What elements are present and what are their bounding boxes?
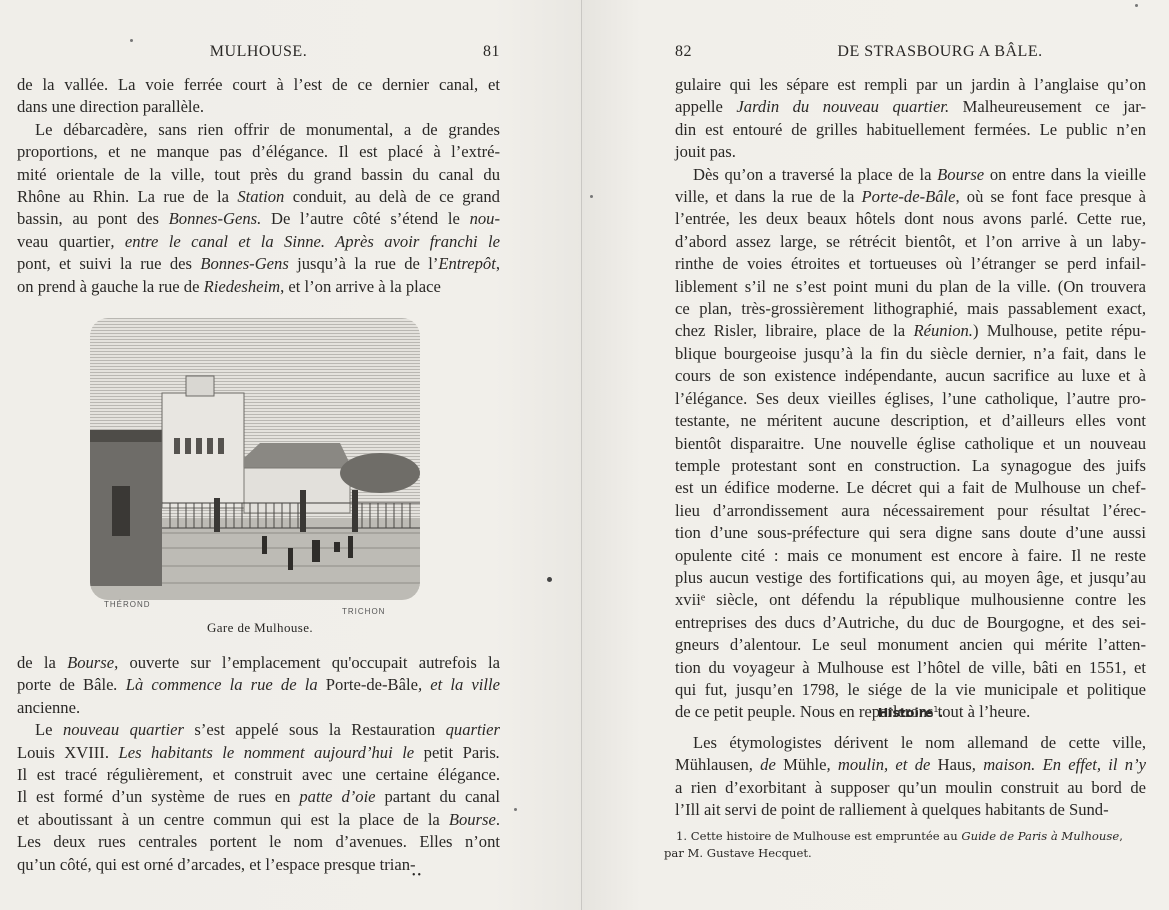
italic-term: Riedesheim — [204, 277, 281, 296]
text-run: opulente cité : mais ce monument est enc… — [675, 546, 1146, 565]
footnote-line-2: par M. Gustave Hecquet. — [664, 845, 1156, 862]
text-run: d’abord assez large, se rétrécit bientôt… — [675, 232, 1146, 251]
text-line: Dès qu’on a traversé la place de la Bour… — [675, 164, 1146, 186]
text-line: d’abord assez large, se rétrécit bientôt… — [675, 231, 1146, 253]
text-line: xviiᵉ siècle, ont défendu la république … — [675, 589, 1146, 611]
text-run: s’est appelé sous la Restauration — [184, 720, 446, 739]
text-run: plus aucun vestige des fortifications qu… — [675, 568, 1146, 587]
text-line: Le débarcadère, sans rien offrir de monu… — [17, 119, 500, 141]
text-run: on entre dans la vieille — [984, 165, 1146, 184]
italic-term: Les habitants le nomment aujourd’hui le — [109, 743, 424, 762]
paper-speck — [547, 577, 552, 582]
italic-term: . — [496, 743, 500, 762]
text-run: entreprises des ducs d’Autriche, du duc … — [675, 613, 1146, 632]
text-run: bassin, au pont des — [17, 209, 169, 228]
text-line: Louis XVIII. Les habitants le nomment au… — [17, 742, 500, 764]
text-line: est un édifice moderne. Le décret qui a … — [675, 477, 1146, 499]
italic-term: , entre le canal et la Sinne. Après avoi… — [110, 232, 500, 251]
italic-term: patte d’oie — [299, 787, 375, 806]
text-run: pont, et suivi la rue des — [17, 254, 200, 273]
text-line: proportions, et ne manque pas d’élégance… — [17, 141, 500, 163]
text-run: Haus — [938, 755, 972, 774]
text-line: din est entouré de grilles habituellemen… — [675, 119, 1146, 141]
text-run: appelle — [675, 97, 736, 116]
text-line: pont, et suivi la rue des Bonnes-Gens ju… — [17, 253, 500, 275]
paper-speck — [514, 808, 517, 811]
text-line: chez Risler, libraire, place de la Réuni… — [675, 320, 1146, 342]
italic-term: Bonnes-Gens — [200, 254, 288, 273]
text-line: ville, et dans la rue de la Porte-de-Bâl… — [675, 186, 1146, 208]
footnote-number: 1. — [676, 829, 687, 843]
text-line: a rien d’exorbitant à supposer qu’un mou… — [675, 777, 1146, 799]
text-line: entreprises des ducs d’Autriche, du duc … — [675, 612, 1146, 634]
left-running-head: MULHOUSE. 81 — [17, 43, 500, 65]
text-line: l’élégance. Ses deux vieilles églises, l… — [675, 388, 1146, 410]
italic-term: quartier — [446, 720, 500, 739]
left-page-number: 81 — [483, 43, 500, 61]
right-body-text-histoire: Les étymologistes dérivent le nom allema… — [675, 732, 1146, 822]
italic-term: nouveau quartier — [63, 720, 184, 739]
text-line: mité orientale de la ville, tout près du… — [17, 164, 500, 186]
text-run: jusqu’à la rue de l’ — [289, 254, 439, 273]
text-run: gneurs d’alentour. Le seul monument anci… — [675, 635, 1146, 654]
text-run: tion du voyageur à Mulhouse est l’hôtel … — [675, 658, 1146, 677]
text-run: Rhône au Rhin. La rue de la — [17, 187, 237, 206]
book-spread: MULHOUSE. 81 de la vallée. La voie ferré… — [0, 0, 1169, 910]
text-line: l’Ill ait servi de point de ralliement à… — [675, 799, 1146, 821]
left-running-title: MULHOUSE. — [17, 43, 500, 61]
figure-caption: Gare de Mulhouse. — [0, 620, 520, 636]
italic-term: , moulin, et de — [826, 755, 937, 774]
italic-term: Station — [237, 187, 284, 206]
section-heading-text: Histoire — [878, 705, 934, 720]
engraver-credit-left: THÉROND — [104, 600, 151, 609]
text-run: qui fut, jusqu’en 1798, le siége de la v… — [675, 680, 1146, 699]
text-run: . — [496, 810, 500, 829]
text-run: chez Risler, libraire, place de la — [675, 321, 913, 340]
italic-term: Réunion. — [913, 321, 972, 340]
text-line: qui fut, jusqu’en 1798, le siége de la v… — [675, 679, 1146, 701]
text-line: Les deux rues centrales portent le nom d… — [17, 831, 500, 853]
italic-term: Bourse — [67, 653, 114, 672]
left-body-text-bottom: de la Bourse, ouverte sur l’emplacement … — [17, 652, 500, 876]
text-line: tion du voyageur à Mulhouse est l’hôtel … — [675, 657, 1146, 679]
text-line: blique bourgeoise jusqu’à la fin du sièc… — [675, 343, 1146, 365]
text-line: veau quartier, entre le canal et la Sinn… — [17, 231, 500, 253]
text-run: xviiᵉ siècle, ont défendu la république … — [675, 590, 1146, 609]
text-line: Mühlausen, de Mühle, moulin, et de Haus,… — [675, 754, 1146, 776]
text-run: l’entrée, les deux beaux hôtels dont nou… — [675, 209, 1146, 228]
italic-term: Bourse — [449, 810, 496, 829]
paper-speck — [1135, 4, 1138, 7]
footnote-line-1: 1. Cette histoire de Mulhouse est emprun… — [664, 828, 1156, 845]
engraver-credit-right: TRICHON — [342, 607, 385, 616]
text-run: testante, ne méritent aucune description… — [675, 411, 1146, 430]
text-line: plus aucun vestige des fortifications qu… — [675, 567, 1146, 589]
footnote-text: Cette histoire de Mulhouse est empruntée… — [691, 829, 962, 843]
text-run: gulaire qui les sépare est rempli par un… — [675, 75, 1146, 94]
text-run: Il est tracé régulièrement, et construit… — [17, 765, 500, 784]
text-run: on prend à gauche la rue de — [17, 277, 204, 296]
text-line: on prend à gauche la rue de Riedesheim, … — [17, 276, 500, 298]
text-line: gneurs d’alentour. Le seul monument anci… — [675, 634, 1146, 656]
text-run: est un édifice moderne. Le décret qui a … — [675, 478, 1146, 497]
text-run: lieu d’arrondissement aura nécessairemen… — [675, 501, 1146, 520]
text-run: , ouverte sur l’emplacement qu'occupait … — [114, 653, 500, 672]
text-run: Louis XVIII. — [17, 743, 109, 762]
text-run: rinthe de voies étroites et tortueuses o… — [675, 254, 1146, 273]
text-run: tion d’une sous-préfecture qui sera dign… — [675, 523, 1146, 542]
italic-term: , de — [749, 755, 783, 774]
text-line: de la Bourse, ouverte sur l’emplacement … — [17, 652, 500, 674]
text-line: appelle Jardin du nouveau quartier. Malh… — [675, 96, 1146, 118]
text-run: ce plan, très-grossièrement lithographié… — [675, 299, 1146, 318]
footnote-punct: , — [1119, 829, 1123, 843]
text-line: porte de Bâle. Là commence la rue de la … — [17, 674, 500, 696]
text-run: temple protestant sont en construction. … — [675, 456, 1146, 475]
text-run: Il est formé d’un système de rues en — [17, 787, 299, 806]
text-line: liblement s’il ne s’est point muni du pl… — [675, 276, 1146, 298]
text-line: qu’un côté, qui est orné d’arcades, et l… — [17, 854, 500, 876]
text-run: Porte-de-Bâle — [326, 675, 418, 694]
text-line: l’entrée, les deux beaux hôtels dont nou… — [675, 208, 1146, 230]
text-run: qu’un côté, qui est orné d’arcades, et l… — [17, 855, 416, 874]
text-line: tion d’une sous-préfecture qui sera dign… — [675, 522, 1146, 544]
right-running-head: 82 DE STRASBOURG A BÂLE. — [675, 43, 1145, 65]
italic-term: , et la ville — [418, 675, 500, 694]
text-run: , — [496, 254, 500, 273]
right-page-number: 82 — [675, 43, 692, 61]
text-line: cours de son existence indépendante, auc… — [675, 365, 1146, 387]
text-run: l’élégance. Ses deux vieilles églises, l… — [675, 389, 1146, 408]
text-run: , et l’on arrive à la place — [280, 277, 441, 296]
text-line: de la vallée. La voie ferrée court à l’e… — [17, 74, 500, 96]
text-run: liblement s’il ne s’est point muni du pl… — [675, 277, 1146, 296]
text-line: Il est formé d’un système de rues en pat… — [17, 786, 500, 808]
italic-term: Porte-de-Bâle — [862, 187, 956, 206]
left-page: MULHOUSE. 81 de la vallée. La voie ferré… — [0, 0, 582, 910]
text-run: De l’autre côté s’étend le — [261, 209, 469, 228]
text-run: veau quartier — [17, 232, 110, 251]
text-run: ) Mulhouse, petite répu- — [973, 321, 1146, 340]
italic-term: , maison. En effet, il n’y — [972, 755, 1146, 774]
text-run: Le — [35, 720, 63, 739]
text-line: et aboutissant à un centre commun qui es… — [17, 809, 500, 831]
text-run: Le débarcadère, sans rien offrir de monu… — [35, 120, 500, 139]
text-run: partant du canal — [376, 787, 500, 806]
text-run: mité orientale de la ville, tout près du… — [17, 165, 500, 184]
italic-term: . Là commence la rue de la — [113, 675, 325, 694]
text-line: rinthe de voies étroites et tortueuses o… — [675, 253, 1146, 275]
italic-term: nou- — [470, 209, 500, 228]
text-run: ville, et dans la rue de la — [675, 187, 862, 206]
text-run: Dès qu’on a traversé la place de la — [693, 165, 937, 184]
text-run: petit Paris — [424, 743, 496, 762]
text-run: de la vallée. La voie ferrée court à l’e… — [17, 75, 500, 94]
text-line: temple protestant sont en construction. … — [675, 455, 1146, 477]
text-run: , où se font face presque à — [956, 187, 1146, 206]
text-line: lieu d’arrondissement aura nécessairemen… — [675, 500, 1146, 522]
italic-term: Bonnes-Gens. — [169, 209, 262, 228]
text-run: blique bourgeoise jusqu’à la fin du sièc… — [675, 344, 1146, 363]
text-run: cours de son existence indépendante, auc… — [675, 366, 1146, 385]
italic-term: Bourse — [937, 165, 984, 184]
text-run: Les étymologistes dérivent le nom allema… — [693, 733, 1146, 752]
text-run: Malheureusement ce jar- — [949, 97, 1146, 116]
text-line: opulente cité : mais ce monument est enc… — [675, 545, 1146, 567]
text-line: bientôt disparaitre. Une nouvelle église… — [675, 433, 1146, 455]
text-line: gulaire qui les sépare est rempli par un… — [675, 74, 1146, 96]
text-line: Le nouveau quartier s’est appelé sous la… — [17, 719, 500, 741]
text-run: Mühle — [783, 755, 826, 774]
text-line: Il est tracé régulièrement, et construit… — [17, 764, 500, 786]
text-run: et aboutissant à un centre commun qui es… — [17, 810, 449, 829]
footnote-cited-work: Guide de Paris à Mulhouse — [961, 829, 1119, 843]
text-line: ce plan, très-grossièrement lithographié… — [675, 298, 1146, 320]
italic-term: Entrepôt — [438, 254, 495, 273]
text-run: a rien d’exorbitant à supposer qu’un mou… — [675, 778, 1146, 797]
text-run: proportions, et ne manque pas d’élégance… — [17, 142, 500, 161]
text-run: porte de Bâle — [17, 675, 113, 694]
text-line: Les étymologistes dérivent le nom allema… — [675, 732, 1146, 754]
signature-mark: •• — [412, 870, 423, 881]
right-running-title: DE STRASBOURG A BÂLE. — [735, 43, 1145, 61]
section-heading-histoire: Histoire1. — [675, 705, 1146, 720]
text-run: dans une direction parallèle. — [17, 97, 204, 116]
text-run: de la — [17, 653, 67, 672]
text-line: Rhône au Rhin. La rue de la Station cond… — [17, 186, 500, 208]
italic-term: Jardin du nouveau quartier. — [736, 97, 949, 116]
text-line: dans une direction parallèle. — [17, 96, 500, 118]
text-run: din est entouré de grilles habituellemen… — [675, 120, 1146, 139]
text-line: bassin, au pont des Bonnes-Gens. De l’au… — [17, 208, 500, 230]
station-engraving-illustration — [90, 318, 420, 600]
engraving-gare-de-mulhouse — [90, 318, 420, 600]
text-run: l’Ill ait servi de point de ralliement à… — [675, 800, 1109, 819]
right-body-text: gulaire qui les sépare est rempli par un… — [675, 74, 1146, 724]
text-run: bientôt disparaitre. Une nouvelle église… — [675, 434, 1146, 453]
text-run: Mühlausen — [675, 755, 749, 774]
paper-speck — [590, 195, 593, 198]
left-body-text-top: de la vallée. La voie ferrée court à l’e… — [17, 74, 500, 298]
text-line: testante, ne méritent aucune description… — [675, 410, 1146, 432]
text-run: conduit, au delà de ce grand — [284, 187, 500, 206]
right-page: 82 DE STRASBOURG A BÂLE. gulaire qui les… — [582, 0, 1169, 910]
heading-period: . — [939, 705, 944, 720]
footnote: 1. Cette histoire de Mulhouse est emprun… — [664, 828, 1156, 862]
text-run: jouit pas. — [675, 142, 736, 161]
text-line: ancienne. — [17, 697, 500, 719]
text-line: jouit pas. — [675, 141, 1146, 163]
text-run: ancienne. — [17, 698, 80, 717]
paper-speck — [130, 39, 133, 42]
text-run: Les deux rues centrales portent le nom d… — [17, 832, 500, 851]
